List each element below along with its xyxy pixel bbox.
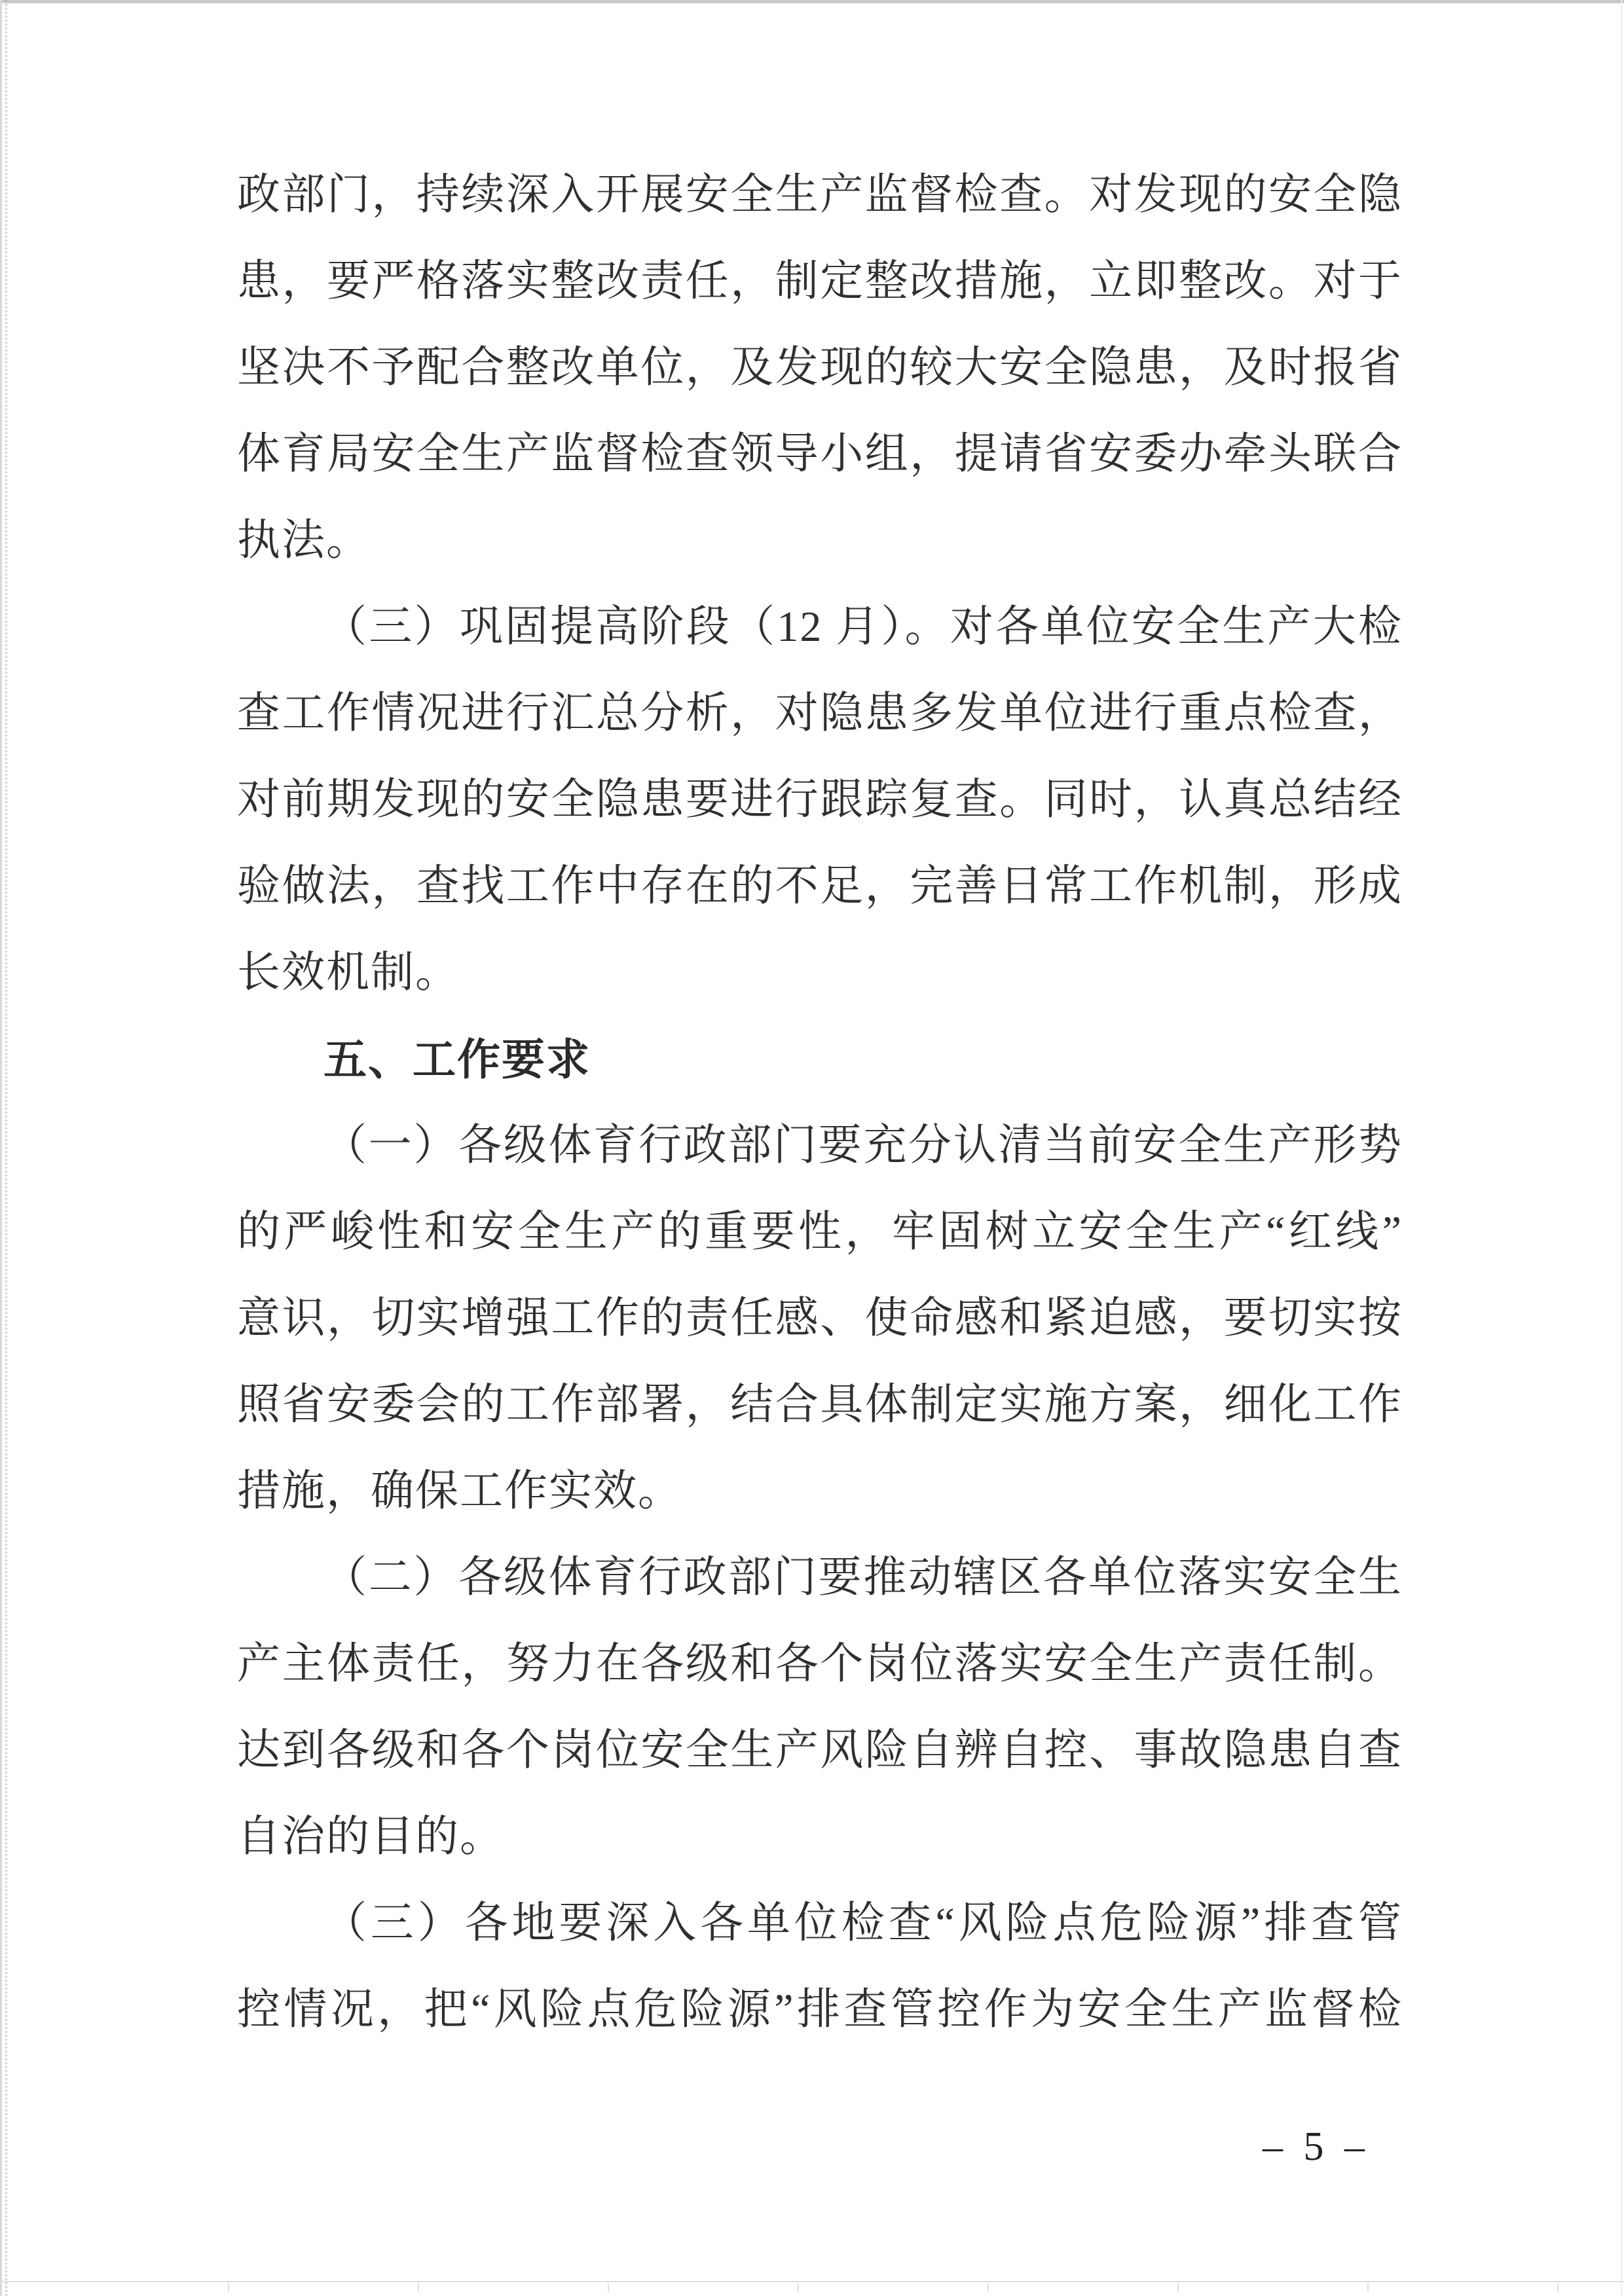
document-line: 长效机制。: [237, 930, 1403, 1016]
page-number: – 5 –: [1263, 2126, 1370, 2167]
scan-edge-right: [1621, 0, 1622, 2296]
document-line: 体育局安全生产监督检查领导小组，提请省安委办牵头联合: [237, 411, 1403, 498]
section-heading: 五、工作要求: [237, 1016, 1403, 1102]
document-line: 政部门，持续深入开展安全生产监督检查。对发现的安全隐: [237, 152, 1403, 238]
document-line: （二）各级体育行政部门要推动辖区各单位落实安全生: [237, 1535, 1403, 1621]
document-line: 坚决不予配合整改单位，及发现的较大安全隐患，及时报省: [237, 325, 1403, 411]
document-line: 查工作情况进行汇总分析，对隐患多发单位进行重点检查，: [237, 670, 1403, 757]
document-line: 对前期发现的安全隐患要进行跟踪复查。同时，认真总结经: [237, 757, 1403, 843]
scan-edge-bottom-ticks: [39, 2283, 1585, 2291]
document-line: 照省安委会的工作部署，结合具体制定实施方案，细化工作: [237, 1362, 1403, 1448]
scanned-document-page: 政部门，持续深入开展安全生产监督检查。对发现的安全隐患，要严格落实整改责任，制定…: [0, 0, 1624, 2296]
scan-edge-bottom: [0, 2281, 1624, 2282]
scan-edge-left-dotted: [5, 0, 7, 2296]
document-line: （一）各级体育行政部门要充分认清当前安全生产形势: [237, 1102, 1403, 1189]
text-block: 政部门，持续深入开展安全生产监督检查。对发现的安全隐患，要严格落实整改责任，制定…: [237, 152, 1403, 2053]
document-line: 患，要严格落实整改责任，制定整改措施，立即整改。对于: [237, 238, 1403, 325]
document-line: 验做法，查找工作中存在的不足，完善日常工作机制，形成: [237, 843, 1403, 930]
document-line: （三）各地要深入各单位检查“风险点危险源”排查管: [237, 1880, 1403, 1967]
scan-edge-top: [0, 0, 1624, 3]
document-line: 达到各级和各个岗位安全生产风险自辨自控、事故隐患自查: [237, 1707, 1403, 1794]
document-line: 自治的目的。: [237, 1794, 1403, 1880]
document-line: 控情况，把“风险点危险源”排查管控作为安全生产监督检: [237, 1967, 1403, 2053]
document-line: （三）巩固提高阶段（12 月）。对各单位安全生产大检: [237, 584, 1403, 670]
document-line: 的严峻性和安全生产的重要性，牢固树立安全生产“红线”: [237, 1189, 1403, 1275]
scan-edge-left: [0, 0, 2, 2296]
document-line: 措施，确保工作实效。: [237, 1448, 1403, 1535]
document-line: 产主体责任，努力在各级和各个岗位落实安全生产责任制。: [237, 1621, 1403, 1707]
document-line: 执法。: [237, 498, 1403, 584]
document-line: 意识，切实增强工作的责任感、使命感和紧迫感，要切实按: [237, 1275, 1403, 1362]
